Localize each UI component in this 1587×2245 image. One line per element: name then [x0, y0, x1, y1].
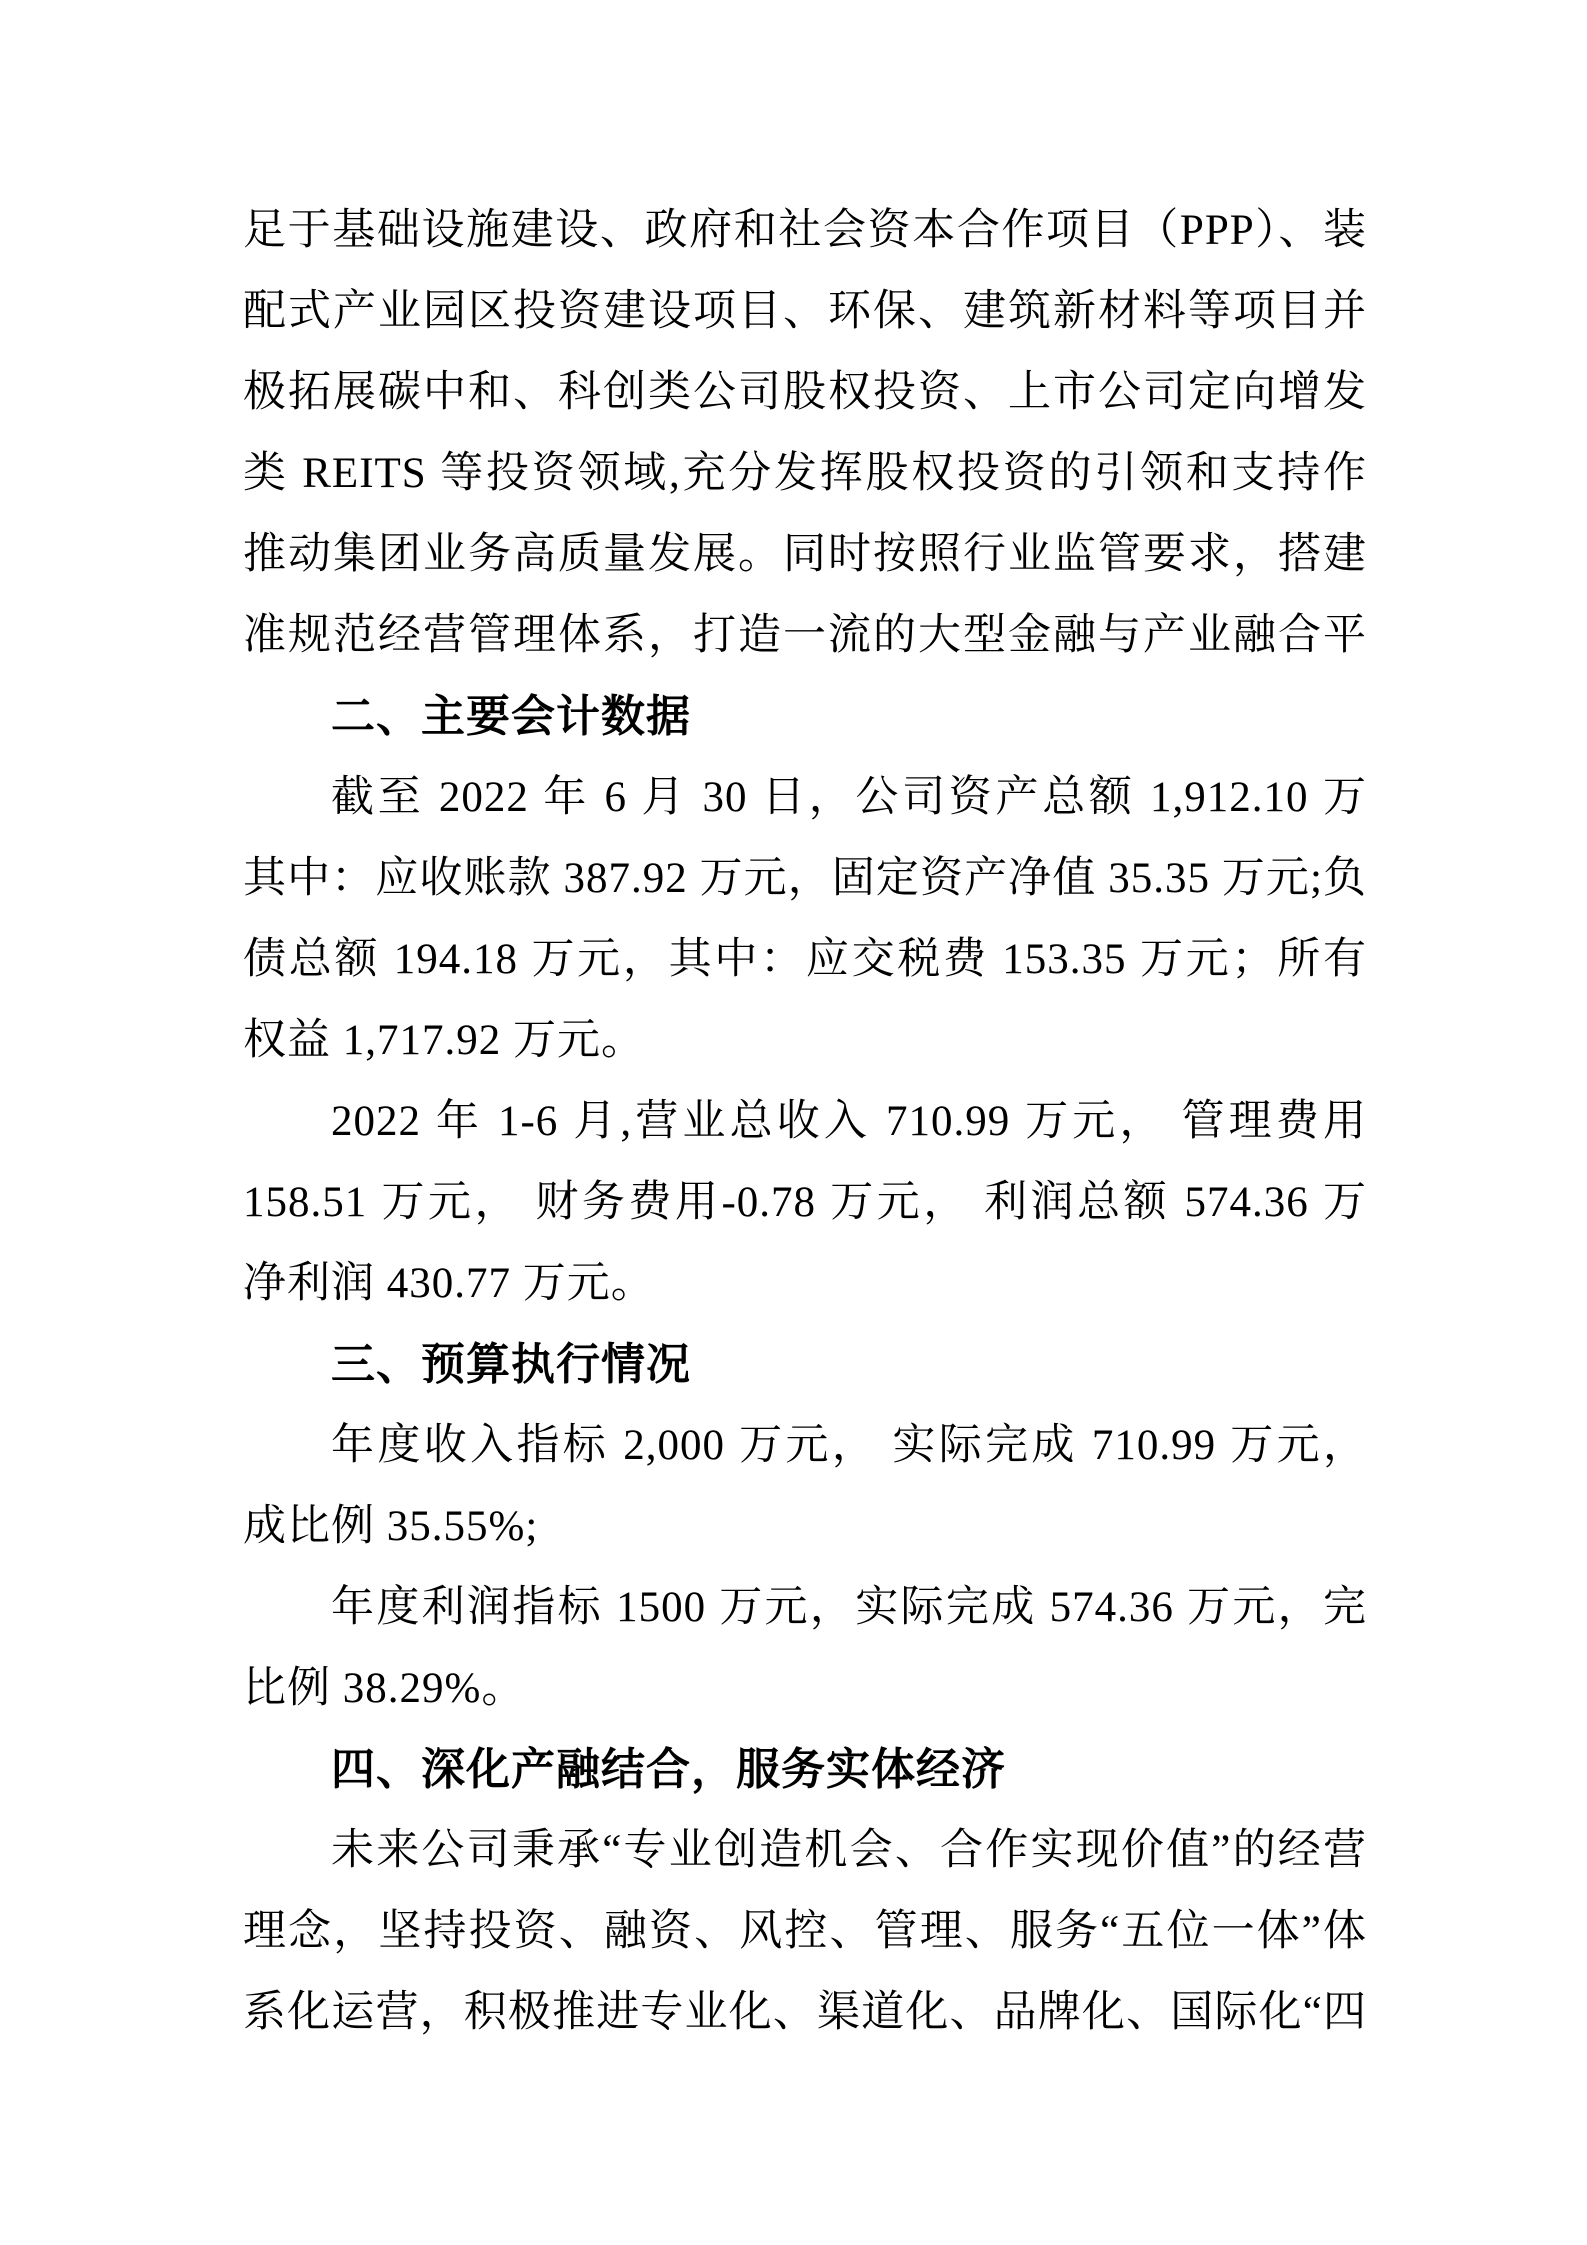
text-line: 2022 年 1-6 月,营业总收入 710.99 万元， 管理费用 — [243, 1081, 1367, 1162]
text-line: 准规范经营管理体系，打造一流的大型金融与产业融合平台。 — [243, 595, 1367, 676]
text-line: 系化运营，积极推进专业化、渠道化、品牌化、国际化“四 — [243, 1972, 1367, 2053]
text-line: 净利润 430.77 万元。 — [243, 1243, 1367, 1324]
text-line: 成比例 35.55%; — [243, 1486, 1367, 1567]
text-line: 其中：应收账款 387.92 万元，固定资产净值 35.35 万元;负 — [243, 838, 1367, 919]
text-line: 年度利润指标 1500 万元，实际完成 574.36 万元，完成 — [243, 1567, 1367, 1648]
text-line: 债总额 194.18 万元，其中：应交税费 153.35 万元；所有者 — [243, 919, 1367, 1000]
text-line: 极拓展碳中和、科创类公司股权投资、上市公司定向增发及 — [243, 352, 1367, 433]
text-line: 权益 1,717.92 万元。 — [243, 1000, 1367, 1081]
text-line: 158.51 万元， 财务费用-0.78 万元， 利润总额 574.36 万元， — [243, 1162, 1367, 1243]
text-line: 配式产业园区投资建设项目、环保、建筑新材料等项目并积 — [243, 271, 1367, 352]
text-line: 年度收入指标 2,000 万元， 实际完成 710.99 万元， 完 — [243, 1405, 1367, 1486]
text-line: 推动集团业务高质量发展。同时按照行业监管要求，搭建标 — [243, 514, 1367, 595]
text-line: 理念，坚持投资、融资、风控、管理、服务“五位一体”体 — [243, 1891, 1367, 1972]
document-text-block: 足于基础设施建设、政府和社会资本合作项目（PPP）、装 配式产业园区投资建设项目… — [243, 190, 1367, 2053]
text-line: 足于基础设施建设、政府和社会资本合作项目（PPP）、装 — [243, 190, 1367, 271]
heading-main-accounting-data: 二、主要会计数据 — [243, 676, 1367, 757]
text-line: 未来公司秉承“专业创造机会、合作实现价值”的经营 — [243, 1810, 1367, 1891]
heading-budget-execution: 三、预算执行情况 — [243, 1324, 1367, 1405]
text-line: 截至 2022 年 6 月 30 日，公司资产总额 1,912.10 万元， — [243, 757, 1367, 838]
heading-industry-finance-integration: 四、深化产融结合，服务实体经济 — [243, 1729, 1367, 1810]
text-line: 比例 38.29%。 — [243, 1648, 1367, 1729]
text-line: 类 REITS 等投资领域,充分发挥股权投资的引领和支持作用， — [243, 433, 1367, 514]
document-page: 足于基础设施建设、政府和社会资本合作项目（PPP）、装 配式产业园区投资建设项目… — [0, 0, 1587, 2245]
